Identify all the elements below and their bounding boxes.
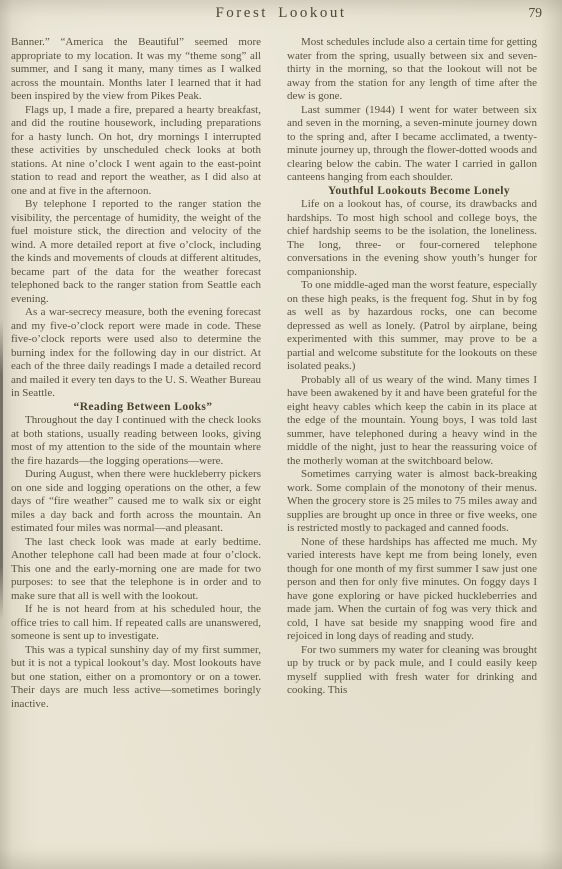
page-number: 79 bbox=[529, 5, 543, 21]
book-page: Forest Lookout 79 Banner.” “America the … bbox=[0, 0, 562, 869]
running-title: Forest Lookout bbox=[0, 5, 562, 22]
section-heading: Youthful Lookouts Become Lonely bbox=[287, 185, 537, 199]
paragraph: Most schedules include also a certain ti… bbox=[287, 36, 537, 104]
paragraph: Life on a lookout has, of course, its dr… bbox=[287, 198, 537, 279]
paragraph: During August, when there were huckleber… bbox=[11, 468, 261, 536]
paragraph: Flags up, I made a fire, prepared a hear… bbox=[11, 104, 261, 199]
scan-edge-artifact bbox=[0, 320, 3, 620]
paragraph: As a war-secrecy measure, both the eveni… bbox=[11, 306, 261, 401]
paragraph: Sometimes carrying water is almost back-… bbox=[287, 468, 537, 536]
paragraph: To one middle-aged man the worst feature… bbox=[287, 279, 537, 374]
paragraph: The last check look was made at early be… bbox=[11, 536, 261, 604]
paragraph: Banner.” “America the Beautiful” seemed … bbox=[11, 36, 261, 104]
paragraph: By telephone I reported to the ranger st… bbox=[11, 198, 261, 306]
section-heading: “Reading Between Looks” bbox=[11, 401, 261, 415]
paragraph: Last summer (1944) I went for water betw… bbox=[287, 104, 537, 185]
right-column: Most schedules include also a certain ti… bbox=[287, 36, 537, 711]
left-column: Banner.” “America the Beautiful” seemed … bbox=[11, 36, 261, 711]
page-header: Forest Lookout 79 bbox=[0, 0, 562, 29]
paragraph: This was a typical sunshiny day of my fi… bbox=[11, 644, 261, 712]
paragraph: For two summers my water for cleaning wa… bbox=[287, 644, 537, 698]
paragraph: Throughout the day I continued with the … bbox=[11, 414, 261, 468]
paragraph: If he is not heard from at his scheduled… bbox=[11, 603, 261, 644]
paragraph: None of these hardships has affected me … bbox=[287, 536, 537, 644]
text-columns: Banner.” “America the Beautiful” seemed … bbox=[0, 29, 562, 711]
paragraph: Probably all of us weary of the wind. Ma… bbox=[287, 374, 537, 469]
